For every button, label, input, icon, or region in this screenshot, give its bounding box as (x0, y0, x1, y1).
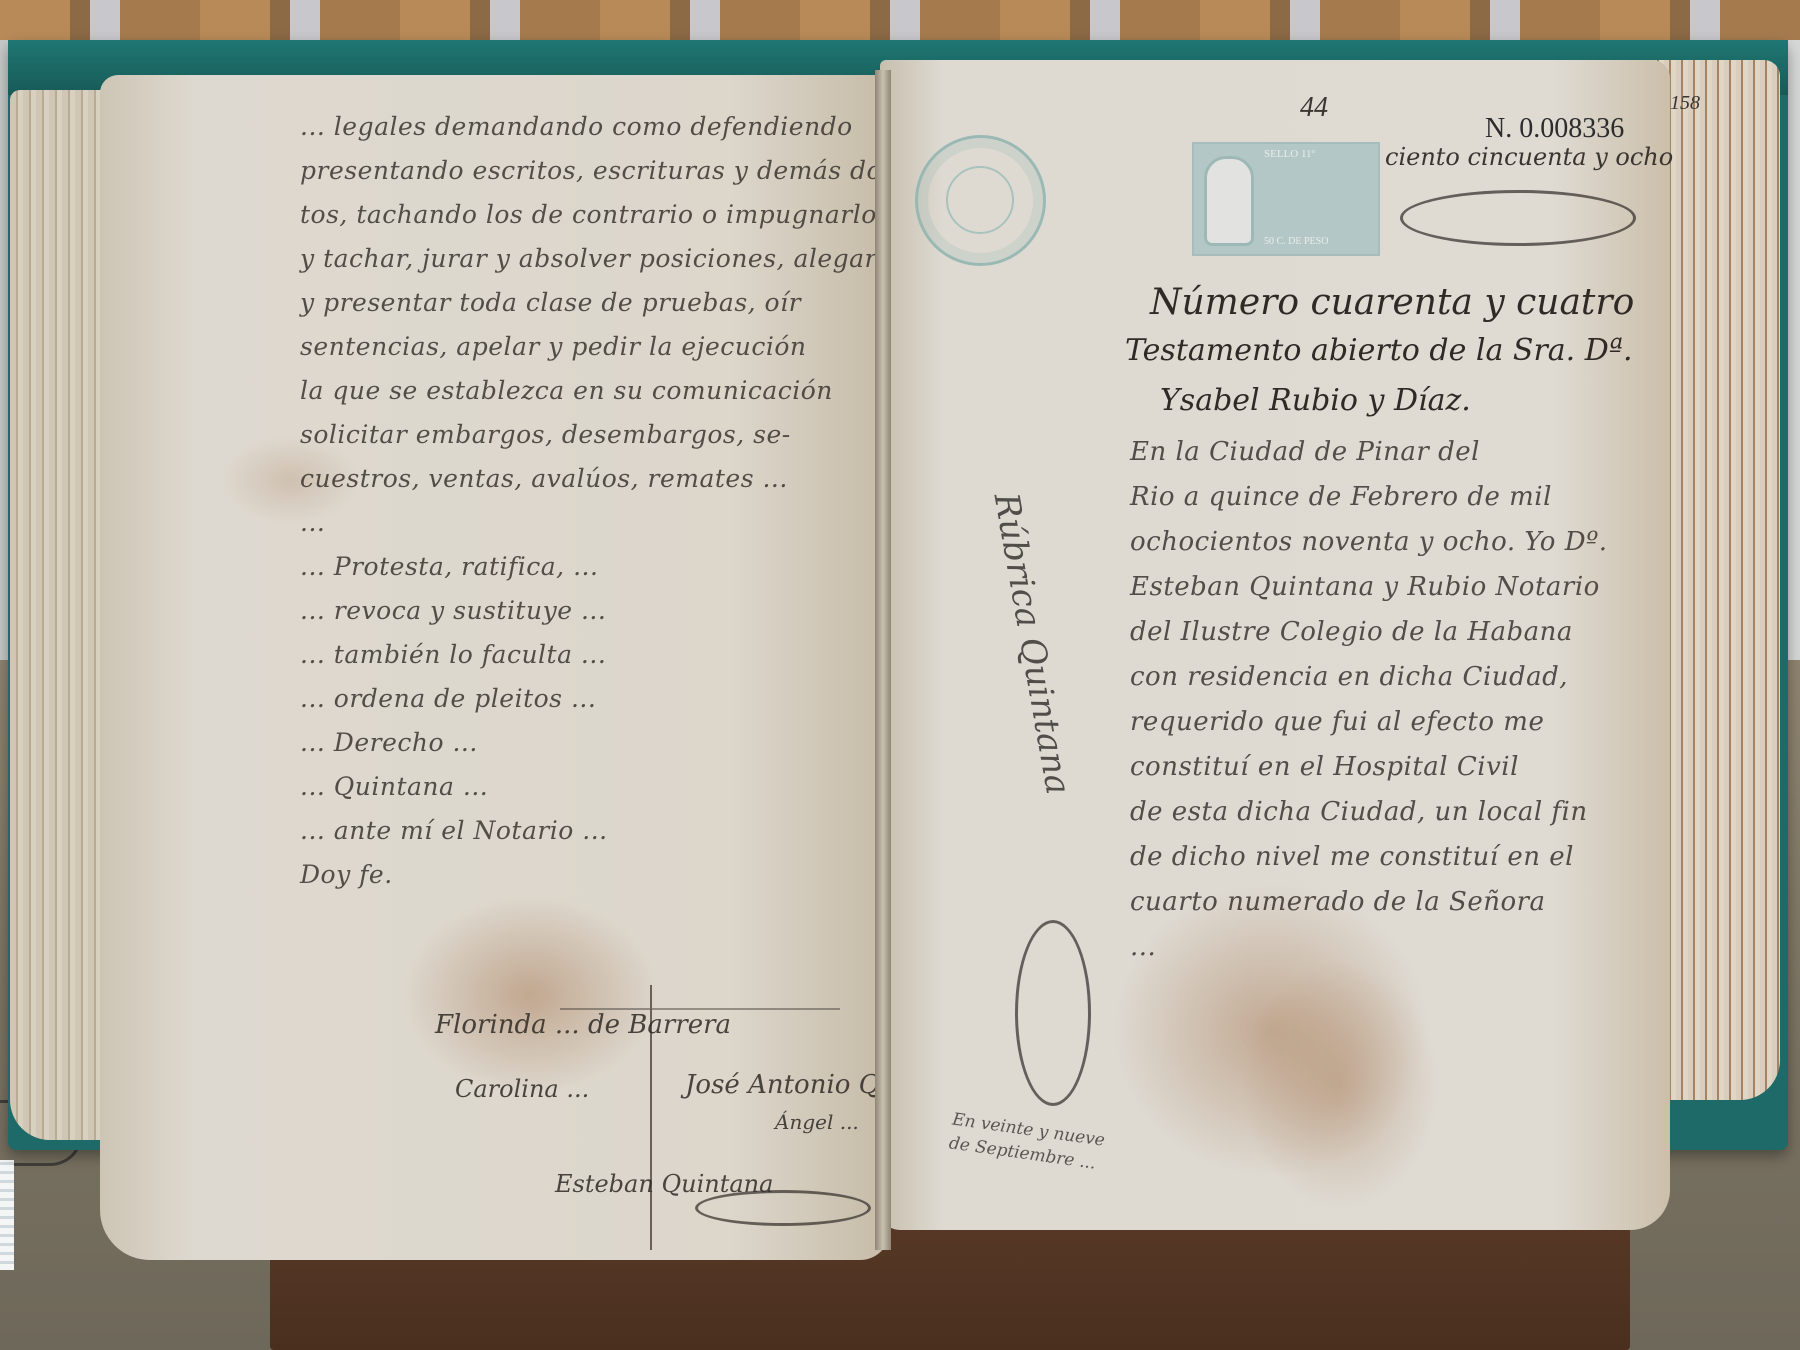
shield-icon (1204, 156, 1254, 246)
background-chairs (0, 0, 1800, 40)
signature: Carolina ... (455, 1075, 589, 1103)
handwritten-line: ochocientos noventa y ocho. Yo Dº. (1130, 520, 1608, 565)
stamp-top-label: SELLO 11º (1264, 148, 1315, 160)
handwritten-line: Rio a quince de Febrero de mil (1130, 475, 1608, 520)
testator-name: Ysabel Rubio y Díaz. (1160, 383, 1471, 418)
deed-number-heading: Número cuarenta y cuatro (1150, 282, 1634, 323)
revenue-stamp: SELLO 11º 50 C. DE PESO (1192, 142, 1380, 256)
folio-number: 158 (1670, 92, 1700, 115)
serial-number: N. 0.008336 (1485, 113, 1624, 145)
handwritten-line: constituí en el Hospital Civil (1130, 745, 1608, 790)
stamp-bottom-label: 50 C. DE PESO (1264, 236, 1328, 247)
handwritten-line: ... (1130, 925, 1608, 970)
water-stain (1240, 960, 1440, 1210)
handwritten-line: En la Ciudad de Pinar del (1130, 430, 1608, 475)
page-number: 44 (1300, 92, 1328, 124)
handwritten-line: Esteban Quintana y Rubio Notario (1130, 565, 1608, 610)
flourish (1400, 190, 1636, 246)
white-tassel (0, 1160, 14, 1270)
handwritten-line: del Ilustre Colegio de la Habana (1130, 610, 1608, 655)
handwritten-line: requerido que fui al efecto me (1130, 700, 1608, 745)
amount-line: ciento cincuenta y ocho (1385, 143, 1673, 171)
handwritten-line: de esta dicha Ciudad, un local fin (1130, 790, 1608, 835)
deed-title: Testamento abierto de la Sra. Dª. (1125, 333, 1633, 368)
signature-flourish (1015, 920, 1091, 1106)
signature-flourish (695, 1190, 871, 1226)
photo-scene: ... legales demandando como defendiendo … (0, 0, 1800, 1350)
signature: Florinda ... de Barrera (435, 1010, 731, 1040)
embossed-seal-icon (915, 135, 1046, 266)
water-stain (400, 895, 660, 1095)
signature: Ángel ... (775, 1110, 859, 1134)
right-page-handwriting: En la Ciudad de Pinar del Rio a quince d… (1130, 430, 1608, 970)
handwritten-line: de dicho nivel me constituí en el (1130, 835, 1608, 880)
book-gutter (875, 70, 891, 1250)
handwritten-line: con residencia en dicha Ciudad, (1130, 655, 1608, 700)
handwritten-line: cuarto numerado de la Señora (1130, 880, 1608, 925)
